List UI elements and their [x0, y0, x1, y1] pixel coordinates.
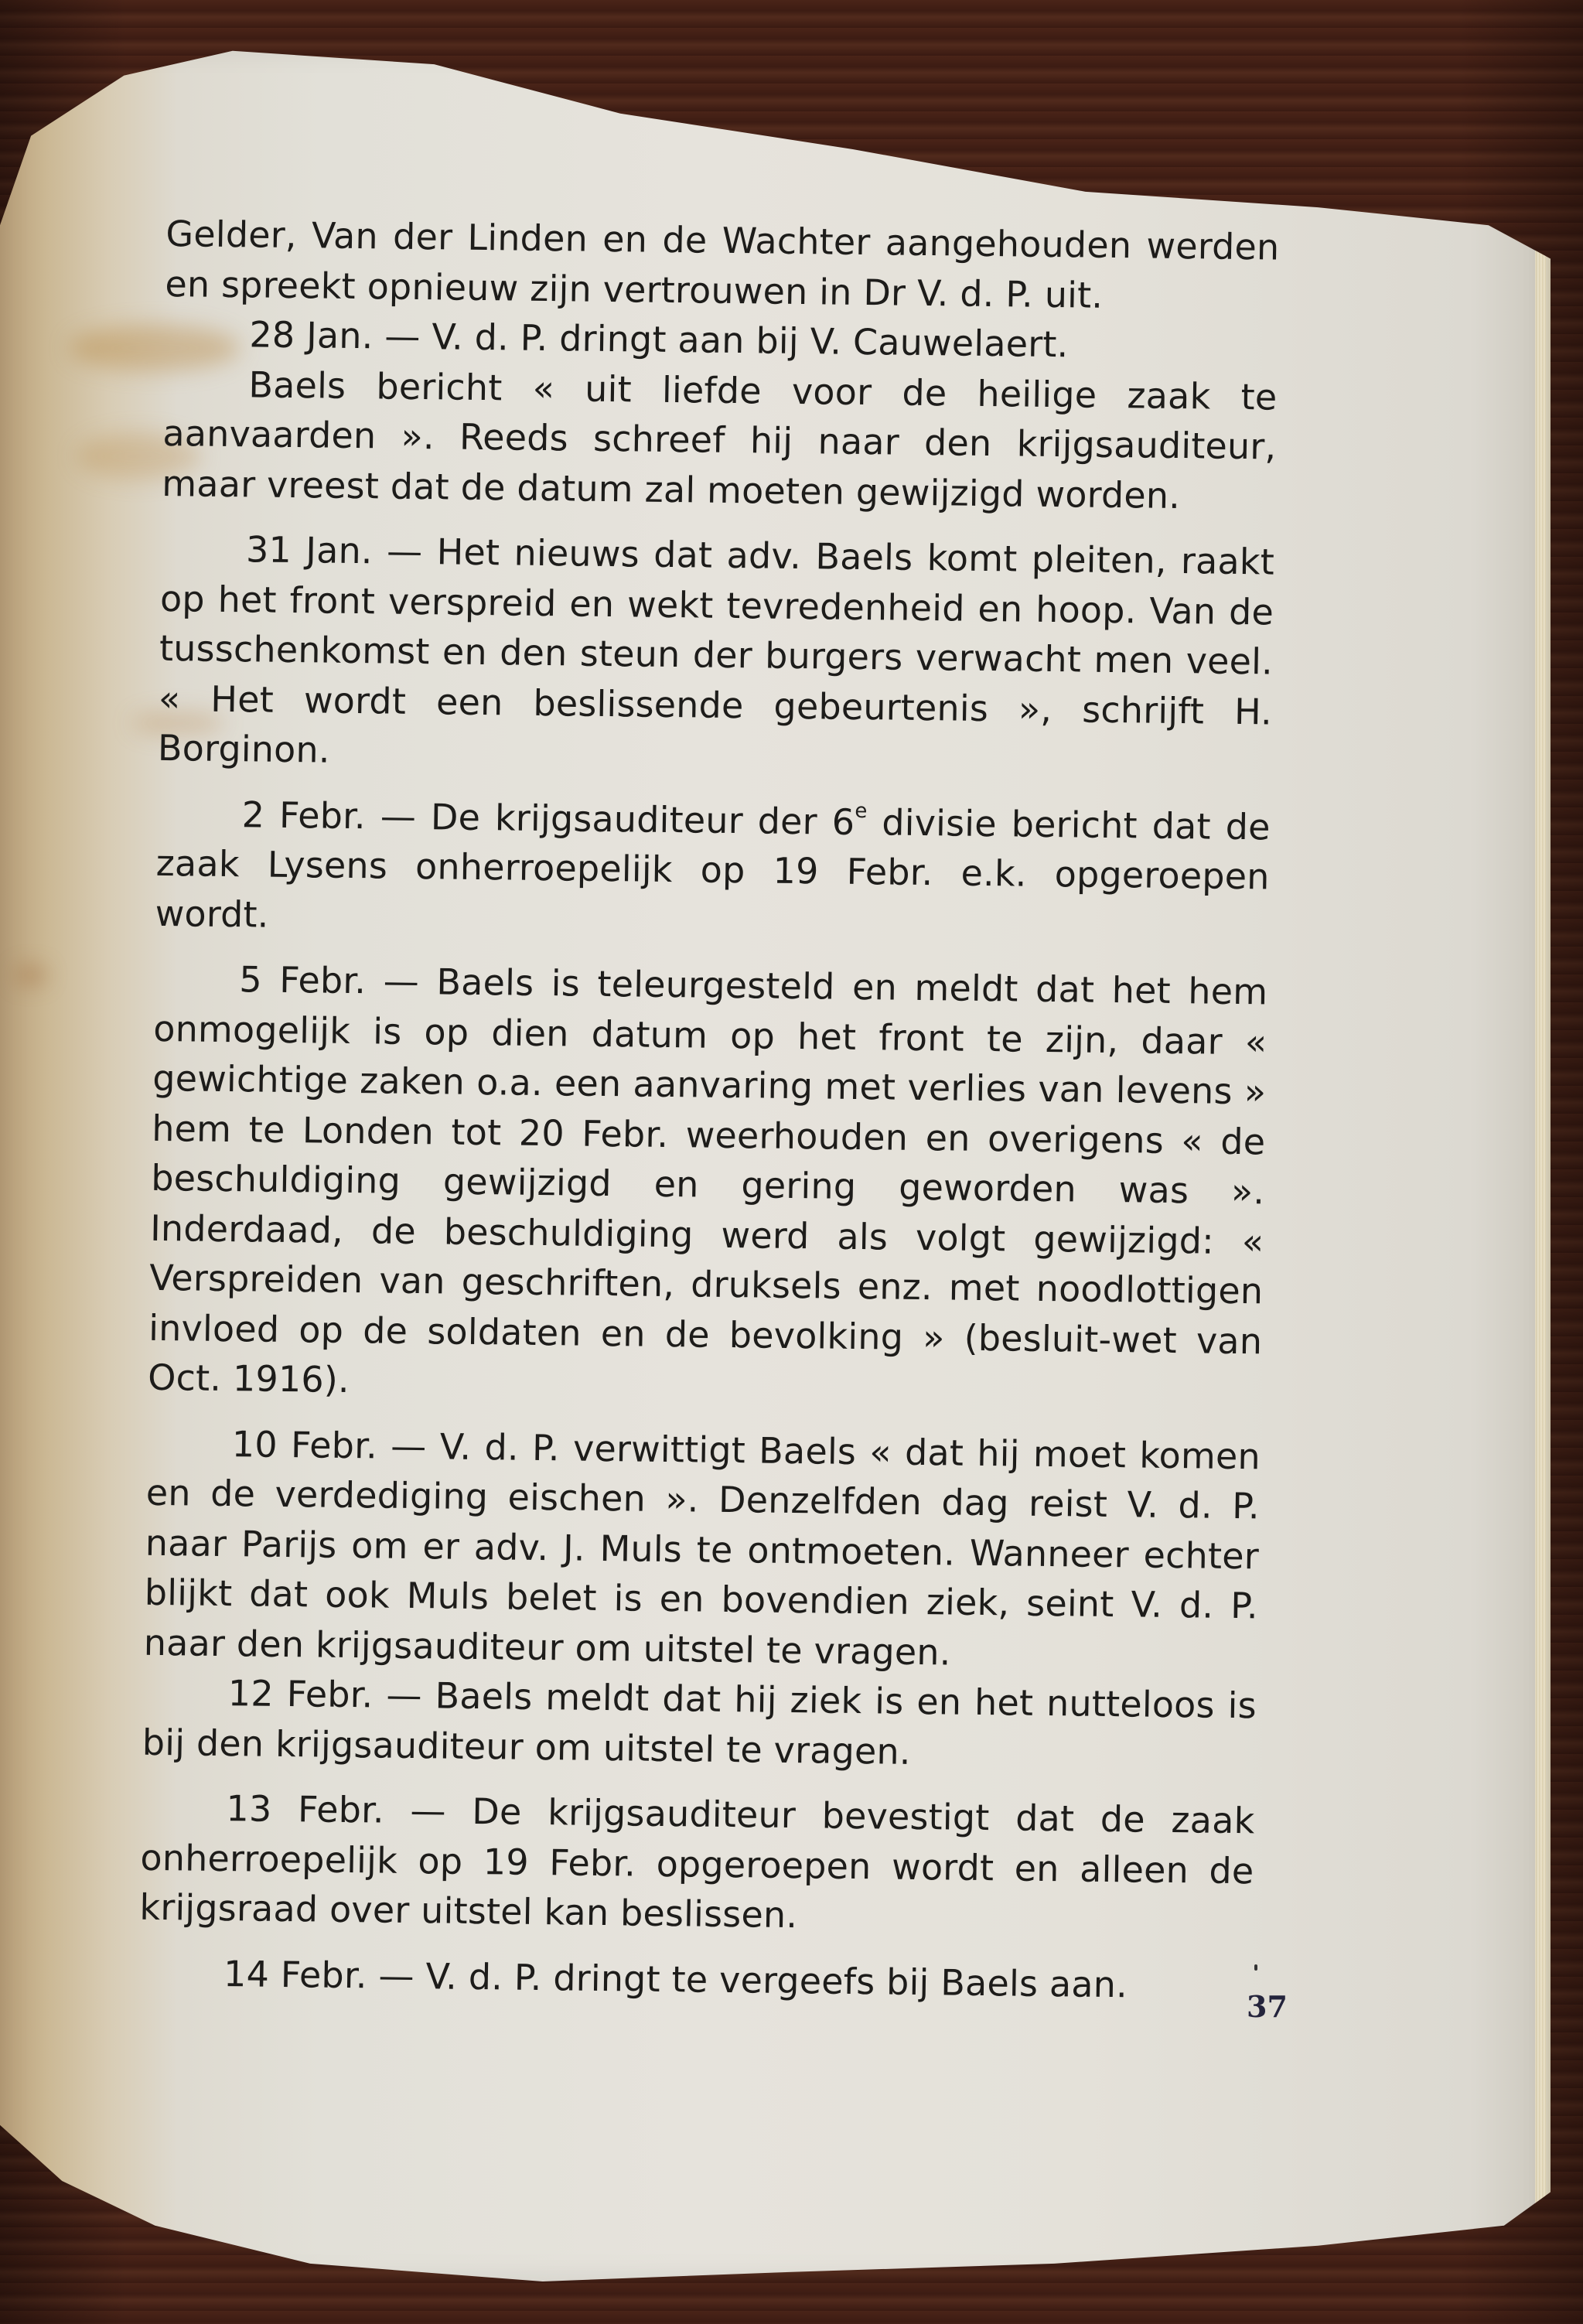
body-text: Gelder, Van der Linden en de Wachter aan… [138, 209, 1280, 2026]
paragraph-entry-13-febr: 13 Febr. — De krijgsauditeur bevestigt d… [139, 1783, 1255, 1946]
paragraph-entry-5-febr: 5 Febr. — Baels is teleurgesteld en meld… [148, 954, 1268, 1416]
paragraph-entry-10-febr: 10 Febr. — V. d. P. verwittigt Baels « d… [143, 1418, 1261, 1681]
page-edge-stack [1535, 46, 1546, 2281]
paragraph-text: 2 Febr. — De krijgsauditeur der 6 [241, 793, 855, 843]
ink-speck [1254, 1964, 1257, 1971]
paper-stain [15, 967, 46, 984]
paragraph-baels-bericht: Baels bericht « uit liefde voor de heili… [162, 358, 1278, 521]
paragraph-continuation: Gelder, Van der Linden en de Wachter aan… [165, 209, 1280, 322]
paragraph-entry-12-febr: 12 Febr. — Baels meldt dat hij ziek is e… [142, 1667, 1257, 1781]
ordinal-superscript: e [855, 799, 868, 822]
paragraph-entry-31-jan: 31 Jan. — Het nieuws dat adv. Baels komt… [158, 524, 1275, 787]
paragraph-entry-2-febr: 2 Febr. — De krijgsauditeur der 6e divis… [155, 788, 1271, 951]
page-number: 37 [1247, 1989, 1288, 2024]
paragraph-entry-14-febr: 14 Febr. — V. d. P. dringt te vergeefs b… [138, 1947, 1253, 2011]
